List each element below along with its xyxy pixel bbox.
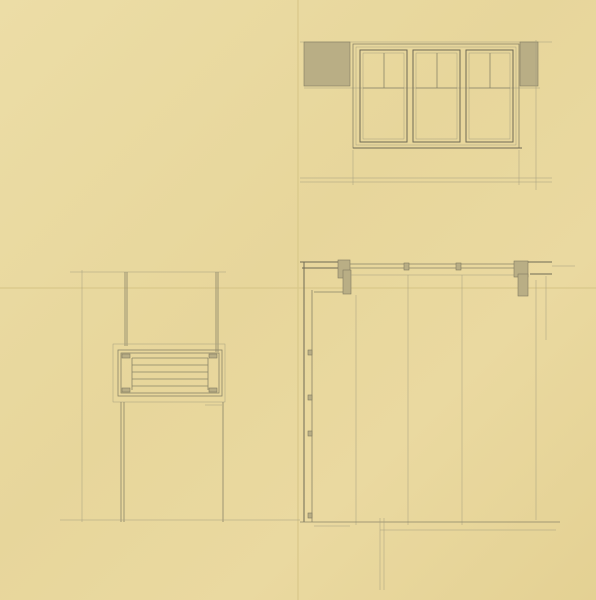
room-plan (300, 260, 575, 590)
wall-hatch-left (304, 42, 350, 86)
drawing-sheet (0, 0, 596, 600)
wall-hatch-right (520, 42, 538, 86)
architectural-drawing (0, 0, 596, 600)
window-elevation (300, 40, 552, 190)
bench-plan (60, 270, 300, 522)
